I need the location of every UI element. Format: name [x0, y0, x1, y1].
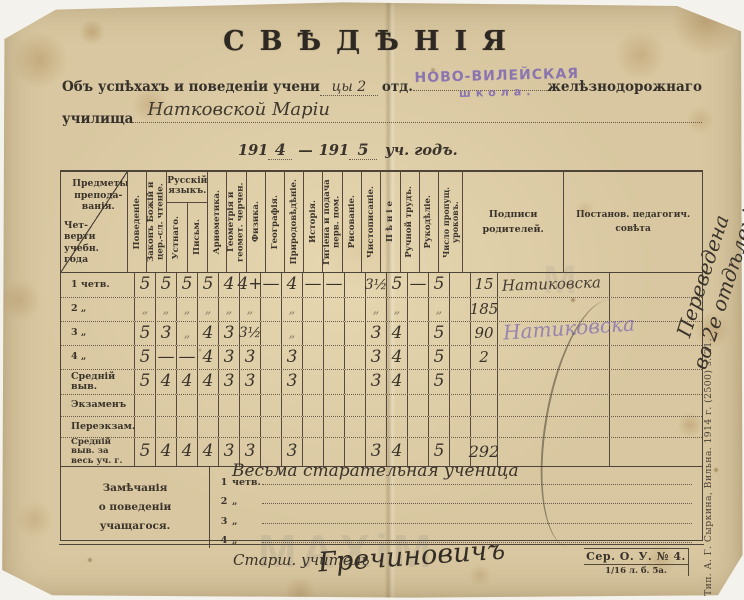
year-digit-2: 5 — [349, 140, 377, 160]
col-arithmetic: Ариѳметика. — [213, 190, 222, 254]
row-label: Экзаменъ — [61, 395, 135, 416]
remarks-label-3: учащагося. — [100, 517, 171, 536]
remarks-label-1: Замѣчанія — [103, 479, 168, 498]
corner-quarters-label: Чет- верти учебн. года — [64, 220, 112, 266]
col-history: Исторія. — [309, 200, 318, 243]
student-name-handwritten: Натковской Маріи — [147, 99, 330, 120]
year-prefix-2: 191 — [319, 142, 349, 159]
row-label: 1 четв. — [61, 273, 135, 297]
table-row: 1 четв. 5 5 5 5 4 4+ — 4 — — 3½ 5 — 5 15… — [61, 273, 702, 298]
watermark: М — [543, 258, 576, 303]
row-label: Переэкзам. — [61, 417, 135, 437]
header-line-2: училища Натковской Маріи — [62, 108, 702, 127]
col-pedagogic-resolution: Постанов. педагогич. совѣта — [564, 208, 702, 237]
row-label: 2 „ — [61, 298, 135, 321]
col-parent-signatures: Подписи родителей. — [463, 207, 563, 237]
line1-printed-text: Объ успѣхахъ и поведеніи учени — [62, 79, 320, 95]
col-handicraft: Ручной трудъ. — [405, 186, 414, 258]
corner-cell: Предметы препода- ванія. Чет- верти учеб… — [61, 172, 128, 272]
col-geography: Географія. — [271, 195, 280, 249]
remark-handwritten: Весьма старательная ученица — [232, 461, 519, 481]
remark-row: 2„ — [216, 490, 692, 507]
row-label: Средній выв. — [61, 370, 135, 394]
col-missed-lessons: Число пропущ. уроковъ. — [442, 174, 460, 270]
russian-group-label: Русскій языкъ. — [167, 172, 207, 203]
row-label: 3 „ — [61, 322, 135, 345]
year-dash: — — [292, 142, 319, 159]
year-suffix: уч. годъ. — [385, 142, 458, 159]
col-penmanship: Чистописаніе. — [367, 186, 376, 258]
col-drawing: Рисованіе. — [348, 195, 357, 248]
school-stamp: НОВО-ВИЛЕЙСКАЯ школа. — [408, 66, 587, 102]
col-russian-written: Письм. — [193, 219, 202, 255]
form-series-number: Сер. О. У. № 4. — [584, 550, 688, 565]
student-class-handwritten: цы 2 — [320, 79, 378, 96]
school-year-line: 191 4 — 191 5 уч. годъ. — [238, 140, 458, 160]
col-geometry: Геометрія и геомет. черчен. — [227, 174, 246, 270]
col-hygiene: Гигіена и подача перв. пом. — [323, 174, 342, 270]
year-prefix-1: 191 — [238, 142, 268, 159]
document-title: СВѢДѢНІЯ — [0, 26, 744, 57]
col-nature-study: Природовѣдѣніе. — [290, 179, 299, 265]
year-digit-1: 4 — [268, 140, 292, 160]
table-header: Предметы препода- ванія. Чет- верти учеб… — [61, 172, 702, 273]
printer-imprint: Тип. А. Г. Сыркина, Вильна. 1914 г. (250… — [703, 298, 719, 596]
line2-school-label: училища — [62, 111, 133, 127]
col-scripture: Законъ Божій и цер.-сл. чтеніе. — [147, 174, 166, 270]
col-group-russian: Русскій языкъ. Устнаго. Письм. — [167, 172, 208, 272]
corner-subjects-label: Предметы препода- ванія. — [72, 178, 124, 213]
stamp-school-name: НОВО-ВИЛЕЙСКАЯ — [408, 66, 586, 87]
col-needlework: Рукодѣліе. — [424, 195, 433, 248]
col-physics: Физика. — [252, 201, 261, 242]
form-series-block: Сер. О. У. № 4. 1/16 л. б. 5а. — [584, 548, 689, 576]
header-line-1: Объ успѣхахъ и поведеніи учени цы 2 отд.… — [62, 76, 702, 96]
col-russian-oral: Устнаго. — [172, 216, 181, 259]
col-behavior: Поведеніе. — [133, 195, 142, 250]
row-label: 4 „ — [61, 346, 135, 369]
col-singing: П ѣ н і е — [386, 201, 395, 242]
form-series-format: 1/16 л. б. 5а. — [584, 565, 688, 576]
row-label: Средній выв. за весь уч. г. — [61, 438, 135, 466]
remarks-label-2: о поведеніи — [99, 498, 171, 517]
